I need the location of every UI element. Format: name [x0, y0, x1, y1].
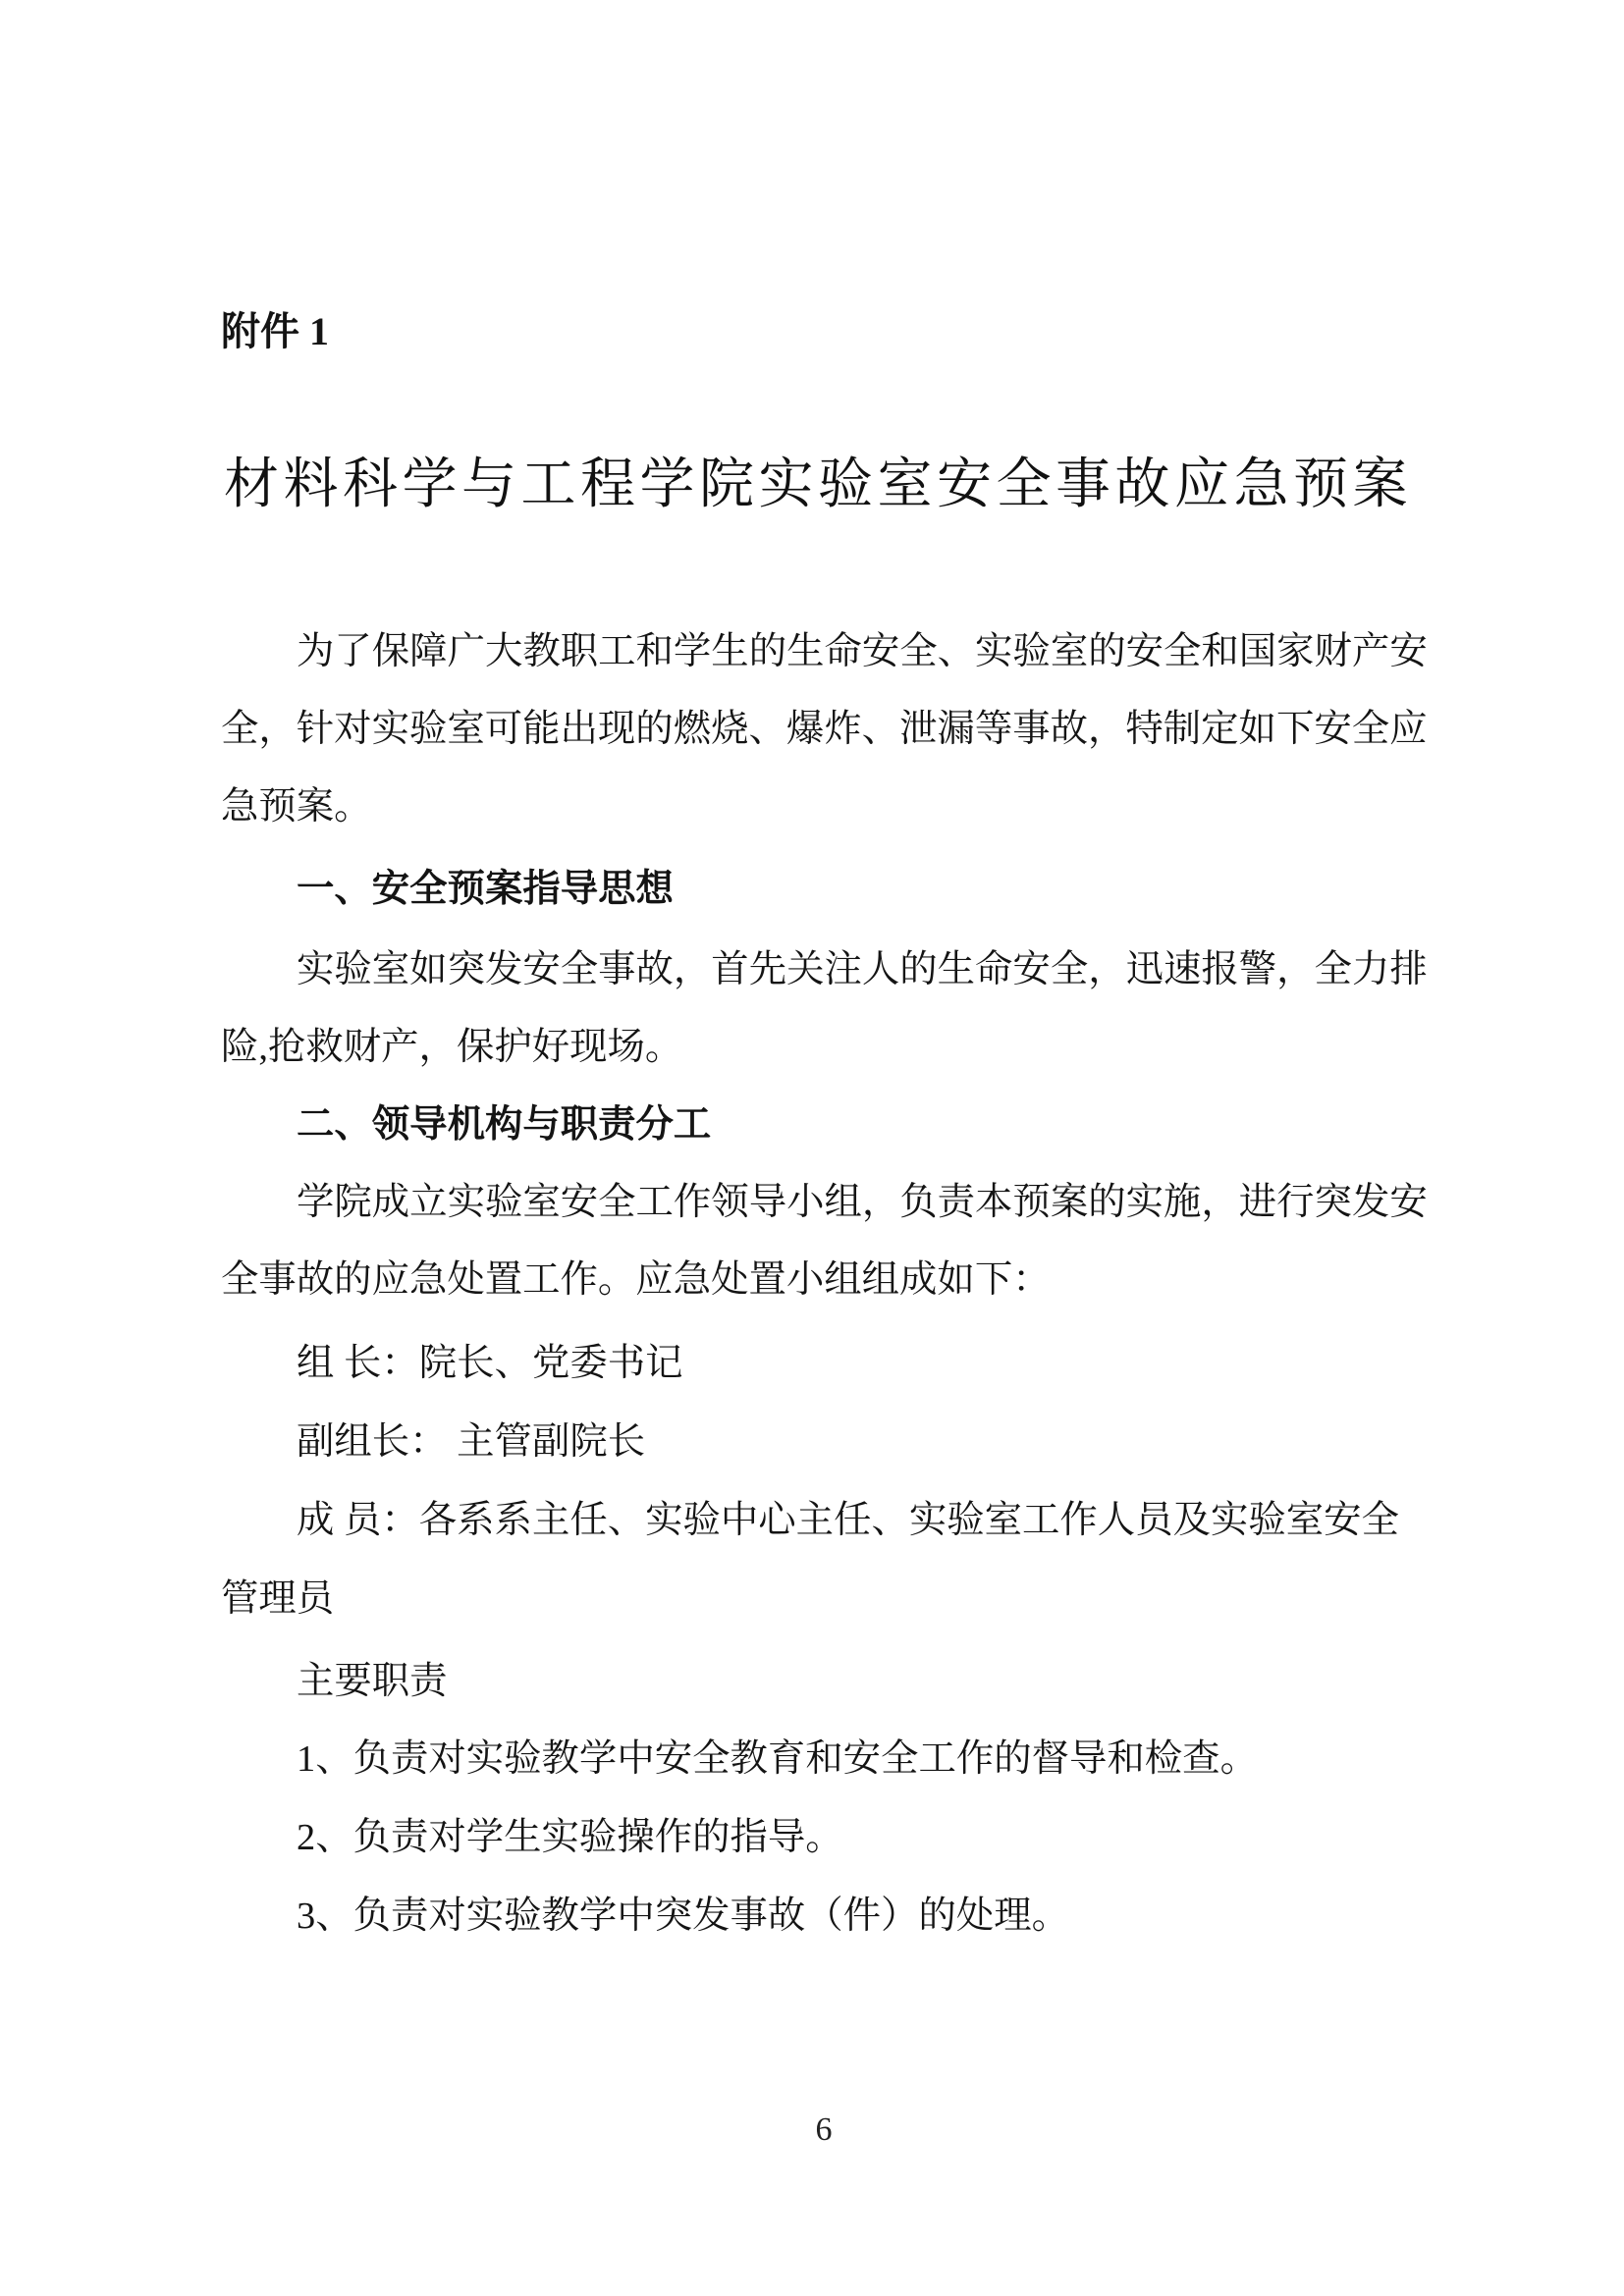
group-leader-line: 组 长：院长、党委书记 — [221, 1339, 1431, 1388]
duty-item-3: 3、负责对实验教学中突发事故（件）的处理。 — [221, 1892, 1431, 1941]
section-1-line-2: 险,抢救财产，保护好现场。 — [221, 1023, 1431, 1072]
intro-line-3: 急预案。 — [221, 782, 1431, 831]
duties-heading: 主要职责 — [221, 1657, 1431, 1706]
intro-line-1: 为了保障广大教职工和学生的生命安全、实验室的安全和国家财产安 — [221, 627, 1431, 676]
intro-line-2: 全，针对实验室可能出现的燃烧、爆炸、泄漏等事故，特制定如下安全应 — [221, 705, 1431, 754]
attachment-label: 附件 1 — [221, 304, 329, 359]
section-1-line-1: 实验室如突发安全事故，首先关注人的生命安全，迅速报警，全力排 — [221, 945, 1431, 994]
deputy-leader-line: 副组长： 主管副院长 — [221, 1417, 1431, 1467]
section-2-line-2: 全事故的应急处置工作。应急处置小组组成如下： — [221, 1255, 1431, 1305]
duty-item-1: 1、负责对实验教学中安全教育和安全工作的督导和检查。 — [221, 1735, 1431, 1784]
document-page: 附件 1 材料科学与工程学院实验室安全事故应急预案 为了保障广大教职工和学生的生… — [0, 0, 1624, 2296]
section-2-line-1: 学院成立实验室安全工作领导小组，负责本预案的实施，进行突发安 — [221, 1178, 1431, 1227]
section-1-heading: 一、安全预案指导思想 — [221, 865, 1431, 914]
members-line-1: 成 员：各系系主任、实验中心主任、实验室工作人员及实验室安全 — [221, 1496, 1431, 1545]
duty-item-2: 2、负责对学生实验操作的指导。 — [221, 1813, 1431, 1862]
section-2-heading: 二、领导机构与职责分工 — [221, 1100, 1431, 1149]
page-number: 6 — [0, 2109, 1624, 2152]
document-title: 材料科学与工程学院实验室安全事故应急预案 — [224, 448, 1422, 522]
members-line-2: 管理员 — [221, 1575, 1431, 1624]
